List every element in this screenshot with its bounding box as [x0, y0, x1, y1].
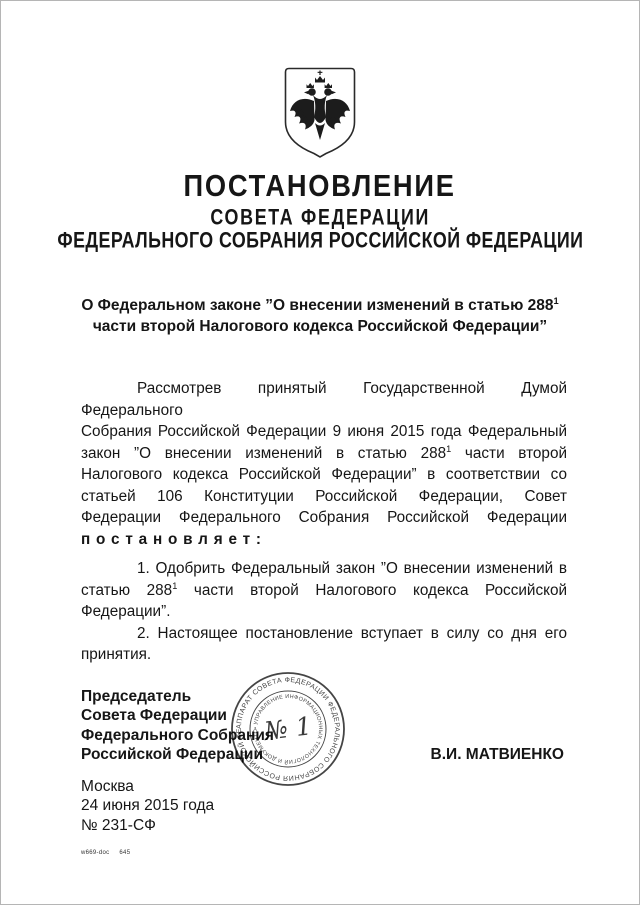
russia-coat-of-arms-icon [281, 65, 359, 164]
document-title: О Федеральном законе ”О внесении изменен… [56, 295, 584, 337]
issuance-place: Москва [81, 777, 214, 796]
preamble-paragraph: Рассмотрев принятый Государственной Думо… [81, 378, 567, 529]
signature-block: Председатель Совета Федерации Федерально… [81, 687, 564, 764]
document-page: ПОСТАНОВЛЕНИЕ СОВЕТА ФЕДЕРАЦИИ ФЕДЕРАЛЬН… [0, 0, 640, 905]
org-line-2: ФЕДЕРАЛЬНОГО СОБРАНИЯ РОССИЙСКОЙ ФЕДЕРАЦ… [1, 229, 639, 253]
document-number: № 231-СФ [81, 816, 214, 835]
document-body: Рассмотрев принятый Государственной Думо… [81, 378, 567, 666]
decree-word: постановляет: [81, 529, 567, 551]
document-type-heading: ПОСТАНОВЛЕНИЕ [1, 168, 639, 204]
document-type-label: ПОСТАНОВЛЕНИЕ [184, 168, 456, 204]
org-line-1: СОВЕТА ФЕДЕРАЦИИ [1, 206, 639, 230]
document-title-line-2: части второй Налогового кодекса Российск… [56, 316, 584, 337]
decree-item-1: 1. Одобрить Федеральный закон ”О внесени… [81, 558, 567, 623]
footer-file-code: w669-doc [81, 850, 109, 856]
document-title-line-1: О Федеральном законе ”О внесении изменен… [56, 295, 584, 316]
issuance-block: Москва 24 июня 2015 года № 231-СФ [81, 777, 214, 835]
signatory-title: Председатель Совета Федерации Федерально… [81, 687, 274, 764]
signatory-name: В.И. МАТВИЕНКО [431, 745, 564, 764]
footer-number: 645 [119, 850, 130, 856]
decree-item-2: 2. Настоящее постановление вступает в си… [81, 623, 567, 666]
issuance-date: 24 июня 2015 года [81, 796, 214, 815]
footer-marks: w669-doc645 [81, 850, 140, 856]
